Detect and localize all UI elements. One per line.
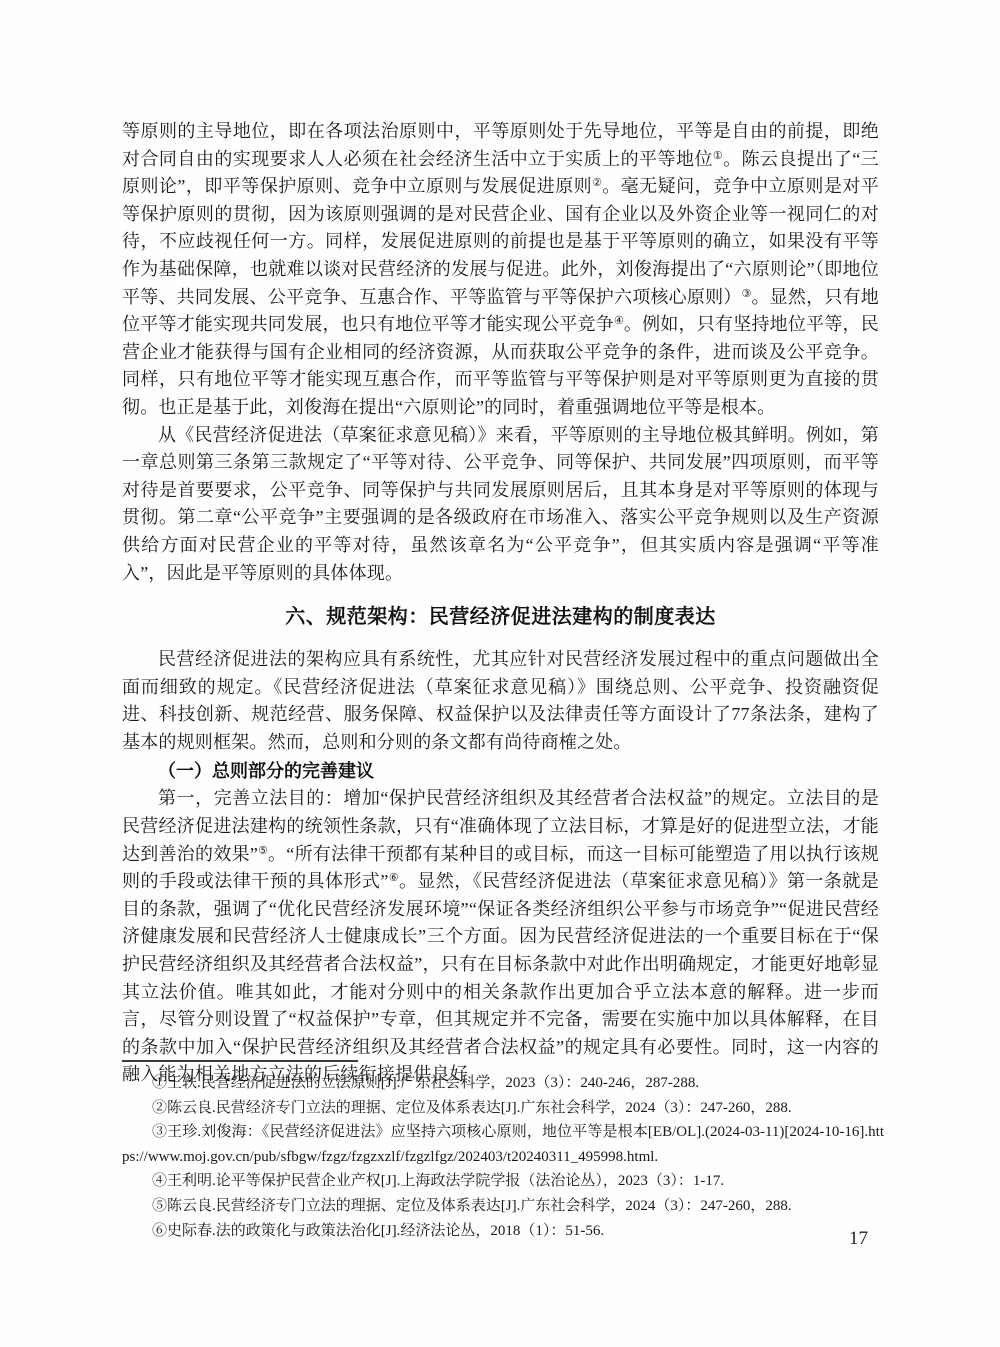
footnote-marker: ② <box>592 177 602 189</box>
paragraph-legislative-purpose: 第一，完善立法目的：增加“保护民营经济组织及其经营者合法权益”的规定。立法目的是… <box>122 785 879 1089</box>
document-page: 等原则的主导地位，即在各项法治原则中，平等原则处于先导地位，平等是自由的前提，即… <box>0 0 1000 1347</box>
footnote-marker: ③ <box>742 288 752 300</box>
footnotes-section: ①王轶.民营经济促进法的立法原则[J].广东社会科学，2023（3）：240-2… <box>122 1060 884 1243</box>
footnote-2: ②陈云良.民营经济专门立法的理据、定位及体系表达[J].广东社会科学，2024（… <box>122 1096 884 1121</box>
footnote-6: ⑥史际春.法的政策化与政策法治化[J].经济法论丛，2018（1）：51-56. <box>122 1219 884 1244</box>
section-heading: 六、规范架构：民营经济促进法建构的制度表达 <box>122 602 879 632</box>
footnote-divider <box>122 1060 358 1062</box>
footnote-marker: ① <box>713 150 723 162</box>
paragraph-equality-principle: 从《民营经济促进法（草案征求意见稿）》来看，平等原则的主导地位极其鲜明。例如，第… <box>122 422 879 588</box>
footnote-3: ③王珍.刘俊海：《民营经济促进法》应坚持六项核心原则，地位平等是根本[EB/OL… <box>122 1120 884 1169</box>
paragraph-continuation: 等原则的主导地位，即在各项法治原则中，平等原则处于先导地位，平等是自由的前提，即… <box>122 118 879 422</box>
page-content: 等原则的主导地位，即在各项法治原则中，平等原则处于先导地位，平等是自由的前提，即… <box>122 118 879 1089</box>
subsection-heading: （一）总则部分的完善建议 <box>122 757 879 785</box>
paragraph-structure-overview: 民营经济促进法的架构应具有系统性，尤其应针对民营经济发展过程中的重点问题做出全面… <box>122 646 879 756</box>
footnote-marker: ④ <box>614 315 624 327</box>
footnote-5: ⑤陈云良.民营经济专门立法的理据、定位及体系表达[J].广东社会科学，2024（… <box>122 1194 884 1219</box>
footnote-marker: ⑥ <box>389 872 399 884</box>
footnote-1: ①王轶.民营经济促进法的立法原则[J].广东社会科学，2023（3）：240-2… <box>122 1071 884 1096</box>
footnote-4: ④王利明.论平等保护民营企业产权[J].上海政法学院学报（法治论丛），2023（… <box>122 1169 884 1194</box>
page-number: 17 <box>849 1228 868 1250</box>
footnote-marker: ⑤ <box>258 845 268 857</box>
